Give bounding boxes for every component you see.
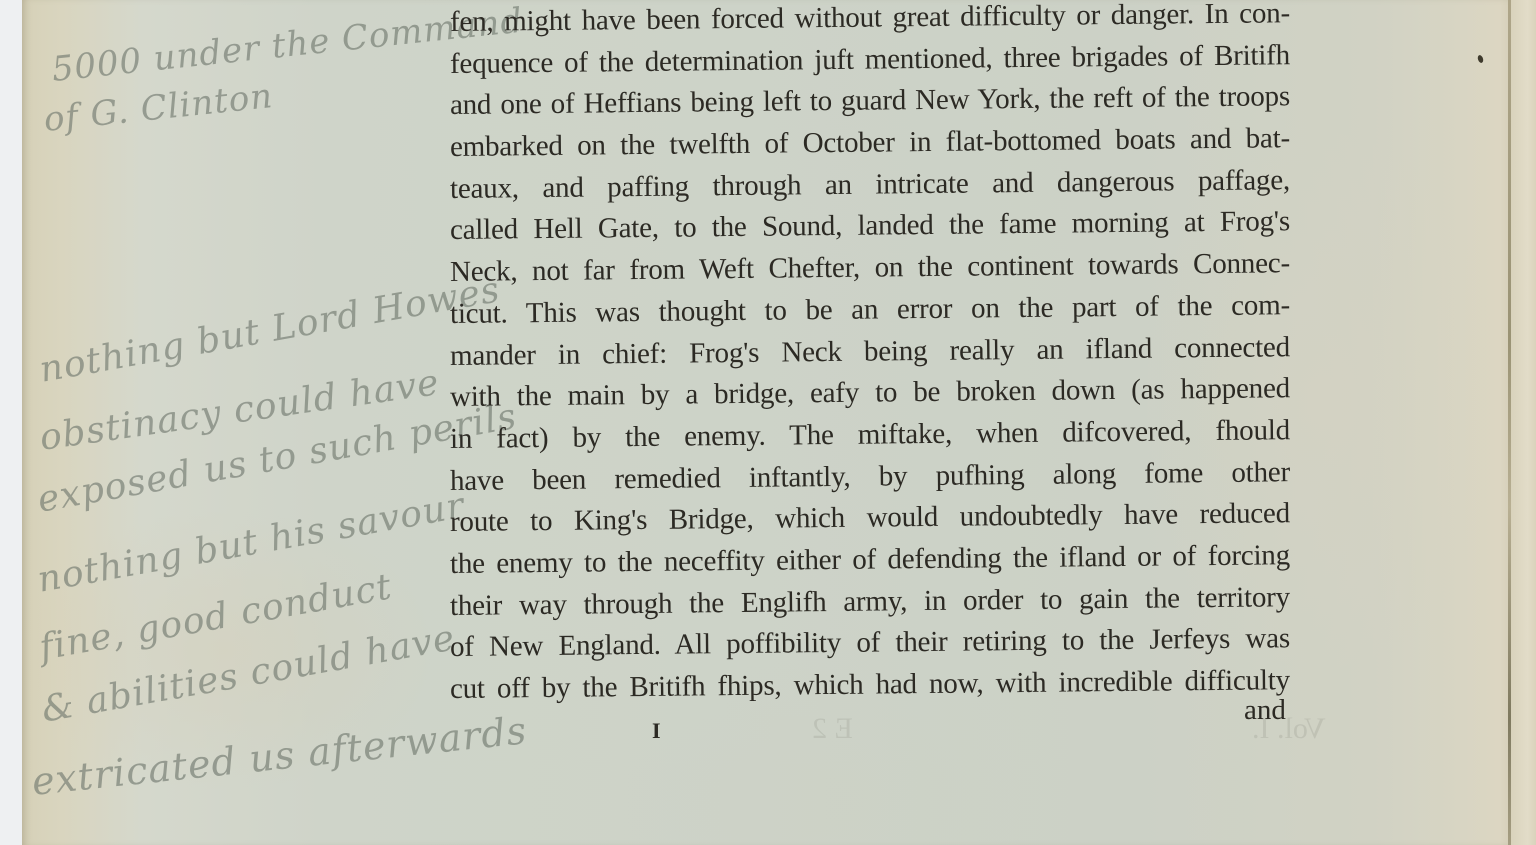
text-line-17: cut off by the Britifh fhips, which had … — [450, 660, 1290, 710]
page-edge-strip — [1511, 0, 1536, 845]
signature-mark: I — [652, 718, 661, 744]
book-page: Vol. I. E 2 5000 under the Command of G.… — [22, 0, 1522, 845]
show-through-folio: E 2 — [812, 712, 853, 746]
ink-spot-blemish — [1477, 54, 1484, 63]
scanned-page-viewport: Vol. I. E 2 5000 under the Command of G.… — [0, 0, 1536, 845]
marginalia-line-7: extricated us afterwards — [30, 708, 529, 804]
printed-text-block: fen, might have been forced without grea… — [450, 2, 1290, 711]
catchword: and — [1244, 694, 1286, 727]
